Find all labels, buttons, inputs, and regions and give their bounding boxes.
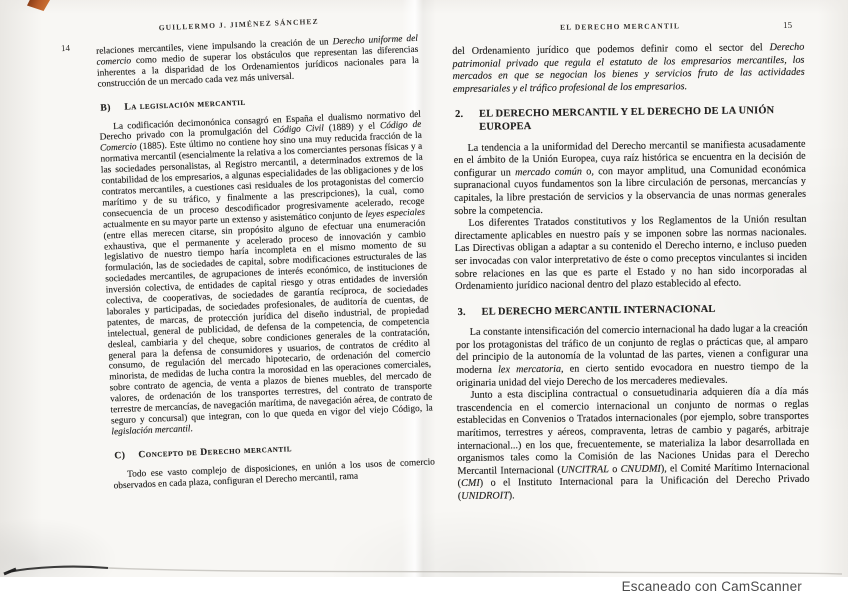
page-body-left: relaciones mercantiles, viene impulsando… [96,34,436,492]
page-left: GUILLERMO J. JIMÉNEZ SÁNCHEZ 14 relacion… [60,13,435,493]
heading-text: Concepto de Derecho mercantil [138,443,292,460]
paragraph: Junto a esta disciplina contractual o co… [456,386,809,504]
heading-text: EL DERECHO MERCANTIL Y EL DERECHO DE LA … [479,105,774,132]
paragraph: La codificación decimonónica consagró en… [99,109,433,438]
page-right: EL DERECHO MERCANTIL 15 del Ordenamiento… [432,20,814,504]
paragraph: La tendencia a la uniformidad del Derech… [453,138,806,218]
section-heading: 2.EL DERECHO MERCANTIL Y EL DERECHO DE L… [453,105,805,134]
page-number-left: 14 [61,43,70,53]
heading-text: La legislación mercantil [124,96,246,112]
scanned-book-spread: GUILLERMO J. JIMÉNEZ SÁNCHEZ 14 relacion… [0,0,848,577]
paragraph: relaciones mercantiles, viene impulsando… [96,34,419,91]
paragraph: La constante intensificación del comerci… [456,323,809,390]
camscanner-strip: Escaneado con CamScanner [0,577,848,599]
paragraph: Todo ese vasto complejo de disposiciones… [113,457,436,492]
heading-label: C) [114,451,126,462]
heading-label: 3. [457,307,465,320]
section-heading: 3.EL DERECHO MERCANTIL INTERNACIONAL [455,302,807,319]
page-body-right: del Ordenamiento jurídico que podemos de… [452,42,810,504]
heading-label: 2. [455,109,463,122]
paragraph: del Ordenamiento jurídico que podemos de… [452,42,805,97]
running-header-right: EL DERECHO MERCANTIL [432,20,808,34]
heading-text: EL DERECHO MERCANTIL INTERNACIONAL [481,304,715,318]
page-number-right: 15 [783,20,792,30]
heading-label: B) [100,103,111,114]
running-header-left: GUILLERMO J. JIMÉNEZ SÁNCHEZ [60,13,417,36]
paragraph: Los diferentes Tratados constitutivos y … [454,214,807,294]
camscanner-label: Escaneado con CamScanner [622,579,802,594]
orange-corner-mark [27,0,50,11]
